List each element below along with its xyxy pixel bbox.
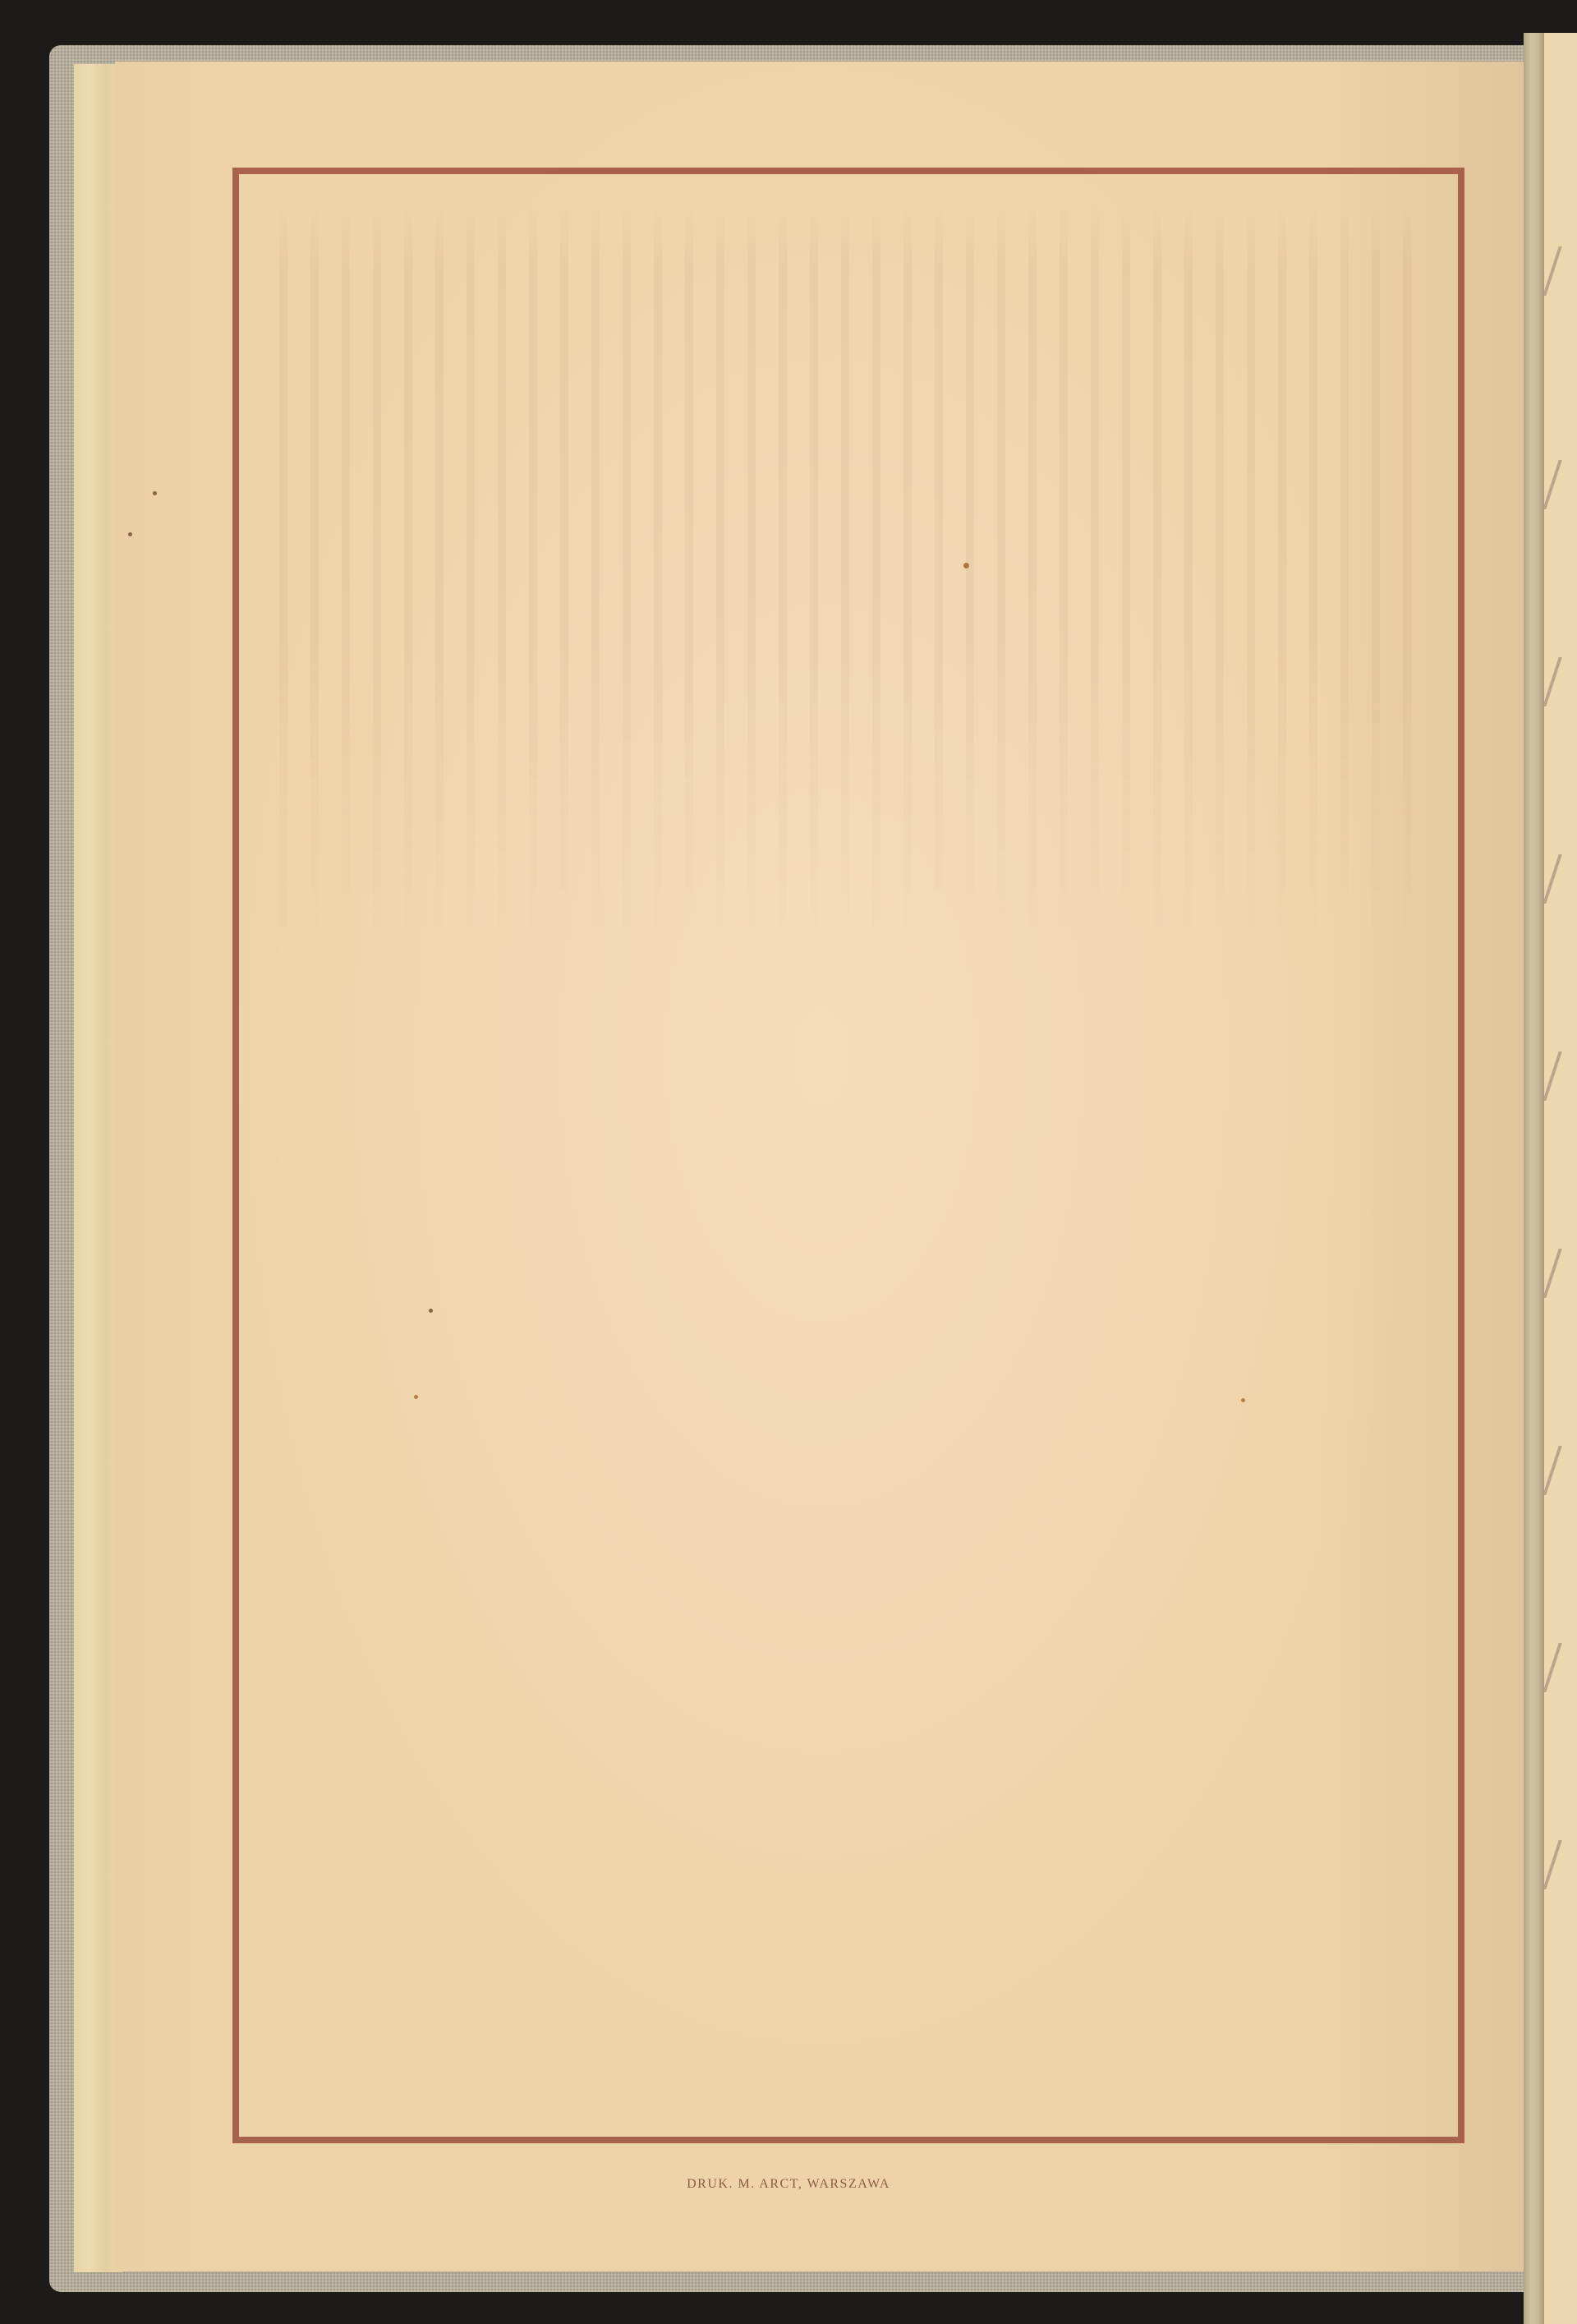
adjacent-page-ornament [1544, 1052, 1577, 1101]
adjacent-page-ornament [1544, 854, 1577, 904]
adjacent-page-ornament [1544, 1446, 1577, 1495]
paper-speck [414, 1395, 418, 1399]
printer-imprint: DRUK. M. ARCT, WARSZAWA [0, 2177, 1577, 2192]
paper-speck [1241, 1398, 1245, 1402]
adjacent-page-ornament [1544, 460, 1577, 509]
paper-speck [963, 563, 969, 568]
paper-speck [429, 1309, 433, 1313]
book-gutter [1524, 33, 1544, 2324]
paper-speck [128, 532, 132, 536]
adjacent-page-ornament [1544, 246, 1577, 296]
adjacent-page-strip [1544, 33, 1577, 2324]
adjacent-page-ornament [1544, 1249, 1577, 1298]
decorative-border-frame [232, 168, 1464, 2143]
paper-speck [153, 491, 157, 495]
adjacent-page-ornament [1544, 1643, 1577, 1692]
adjacent-page-ornament [1544, 657, 1577, 706]
adjacent-page-ornament [1544, 1840, 1577, 1889]
